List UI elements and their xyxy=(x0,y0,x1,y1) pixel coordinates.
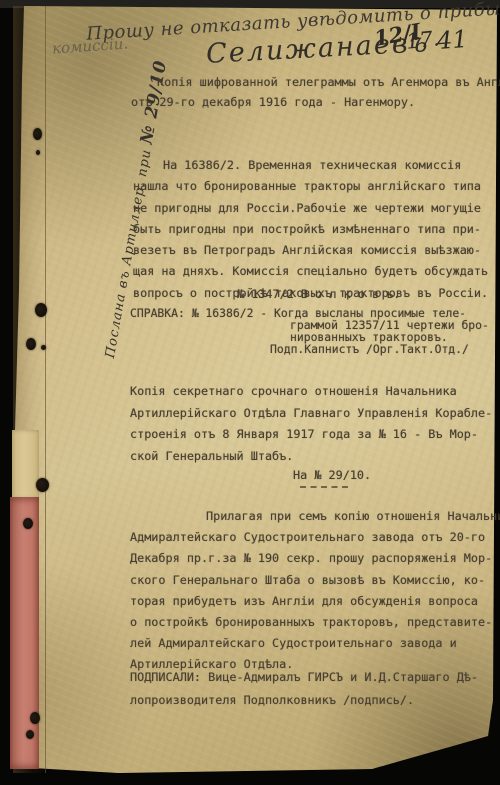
typed-line: Декабря пр.г.за № 190 секр. прошу распор… xyxy=(130,548,500,569)
typed-line: отъ 29-го декабря 1916 года - Нагенмору. xyxy=(131,92,500,112)
punch-hole xyxy=(33,128,42,140)
typed-line: На 16386/2. Временная техническая комисс… xyxy=(133,155,488,176)
typed-paragraph-telegram: На 16386/2. Временная техническая комисс… xyxy=(133,155,488,304)
typed-signed-block: ПОДПИСАЛИ: Вице-Адмиралъ ГИРСЪ и И.Д.Ста… xyxy=(130,666,478,711)
typed-number-signature-line: № 1347/2 В о л к о в ъ. xyxy=(237,287,400,301)
typed-line: торая прибудетъ изъ Англіи для обсуждені… xyxy=(130,591,500,612)
punch-hole xyxy=(26,730,34,739)
punch-hole xyxy=(41,345,46,350)
typed-line: ского Генеральнаго Штаба о вызовѣ въ Ком… xyxy=(130,570,500,591)
typed-line: везетъ въ Петроградъ Англійская комиссія… xyxy=(133,240,488,261)
punch-hole xyxy=(36,478,49,492)
handwritten-date-year: 17. xyxy=(405,26,441,53)
typed-spravka-block: СПРАВКА: № 16386/2 - Когда высланы проси… xyxy=(130,307,489,355)
typed-line: ской Генеральный Штабъ. xyxy=(130,446,492,468)
punch-hole xyxy=(36,150,40,155)
typed-line: строенія отъ 8 Января 1917 года за № 16 … xyxy=(130,424,492,446)
typed-line: не пригодны для Россіи.Рабочіе же чертеж… xyxy=(133,198,488,219)
typed-line: щая на дняхъ. Комиссія спеціально будетъ… xyxy=(133,261,488,282)
punch-hole xyxy=(26,338,36,350)
typed-line: нашла что бронированные тракторы англійс… xyxy=(133,176,488,197)
typed-line: Артиллерійскаго Отдѣла Главнаго Управлен… xyxy=(130,403,492,425)
typed-reference-line: На № 29/10. xyxy=(293,468,371,482)
punch-hole xyxy=(30,712,40,724)
typed-line: лопроизводителя Подполковникъ /подпись/. xyxy=(130,689,478,712)
typed-paragraph-copy-header: Копія секретнаго срочнаго отношенія Нача… xyxy=(130,381,492,467)
typed-line: быть пригодны при постройкѣ измѣненнаго … xyxy=(133,219,488,240)
typed-heading: Копія шифрованной телеграммы отъ Агенмор… xyxy=(131,72,500,112)
folio-number: 41 xyxy=(436,25,468,55)
typed-line: Копія шифрованной телеграммы отъ Агенмор… xyxy=(131,72,500,92)
scan-photo: { "scan": { "background_color": "#060605… xyxy=(0,0,500,785)
punch-hole xyxy=(35,303,47,317)
typed-line: лей Адмиралтейскаго Судостроительнаго за… xyxy=(130,633,500,654)
pink-paper-strip xyxy=(10,497,39,769)
typed-paragraph-body: Прилагая при семъ копію отношенія Началь… xyxy=(130,506,500,676)
typed-line: Подп.Капнистъ /Орг.Такт.Отд./ xyxy=(270,343,489,355)
typed-line: о постройкѣ бронированныхъ тракторовъ, п… xyxy=(130,612,500,633)
typed-line: Копія секретнаго срочнаго отношенія Нача… xyxy=(130,381,492,403)
typed-line: Прилагая при семъ копію отношенія Началь… xyxy=(130,506,500,527)
underlay-paper-strip xyxy=(12,430,39,499)
punch-hole xyxy=(23,518,33,529)
typed-line: Адмиралтейскаго Судостроительнаго завода… xyxy=(130,527,500,548)
dashed-underline xyxy=(300,486,348,488)
typed-line: ПОДПИСАЛИ: Вице-Адмиралъ ГИРСЪ и И.Д.Ста… xyxy=(130,666,478,689)
